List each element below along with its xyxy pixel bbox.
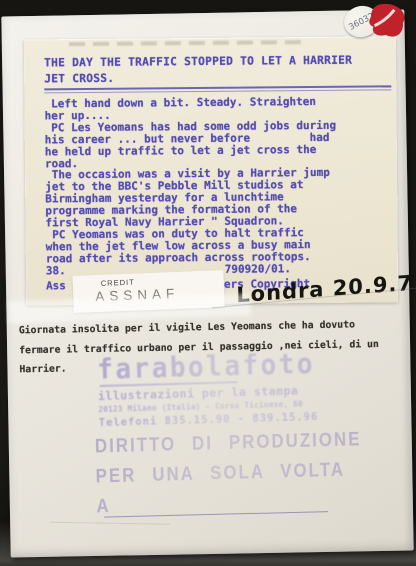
photo-print-back: THE DAY THE TRAFFIC STOPPED TO LET A HAR… bbox=[1, 10, 413, 558]
faint-ghost-typing bbox=[69, 40, 309, 46]
agency-stamp-name: farabolafoto bbox=[97, 349, 317, 385]
typed-caption-sheet: THE DAY THE TRAFFIC STOPPED TO LET A HAR… bbox=[24, 36, 398, 305]
agency-stamp: farabolafoto illustrazioni per la stampa… bbox=[97, 350, 319, 430]
red-sticker-icon bbox=[364, 0, 410, 43]
text-line: he held up traffic to let a jet cross th… bbox=[45, 143, 336, 157]
crease-line bbox=[50, 522, 170, 525]
caption-title-line-1: THE DAY THE TRAFFIC STOPPED TO LET A HAR… bbox=[44, 54, 352, 70]
caption-title-line-2: JET CROSS. bbox=[44, 72, 114, 86]
credit-label-heading: CREDIT bbox=[101, 278, 135, 288]
rights-stamp: DIRITTO DI PRODUZIONE PER UNA SOLA VOLTA… bbox=[95, 425, 364, 522]
copyright-fragment-left: Ass bbox=[46, 279, 66, 292]
photo-scan-background: THE DAY THE TRAFFIC STOPPED TO LET A HAR… bbox=[0, 0, 416, 566]
caption-body-text: Left hand down a bit. Steady. Straighten… bbox=[44, 96, 337, 277]
title-underline-secondary bbox=[44, 89, 391, 93]
